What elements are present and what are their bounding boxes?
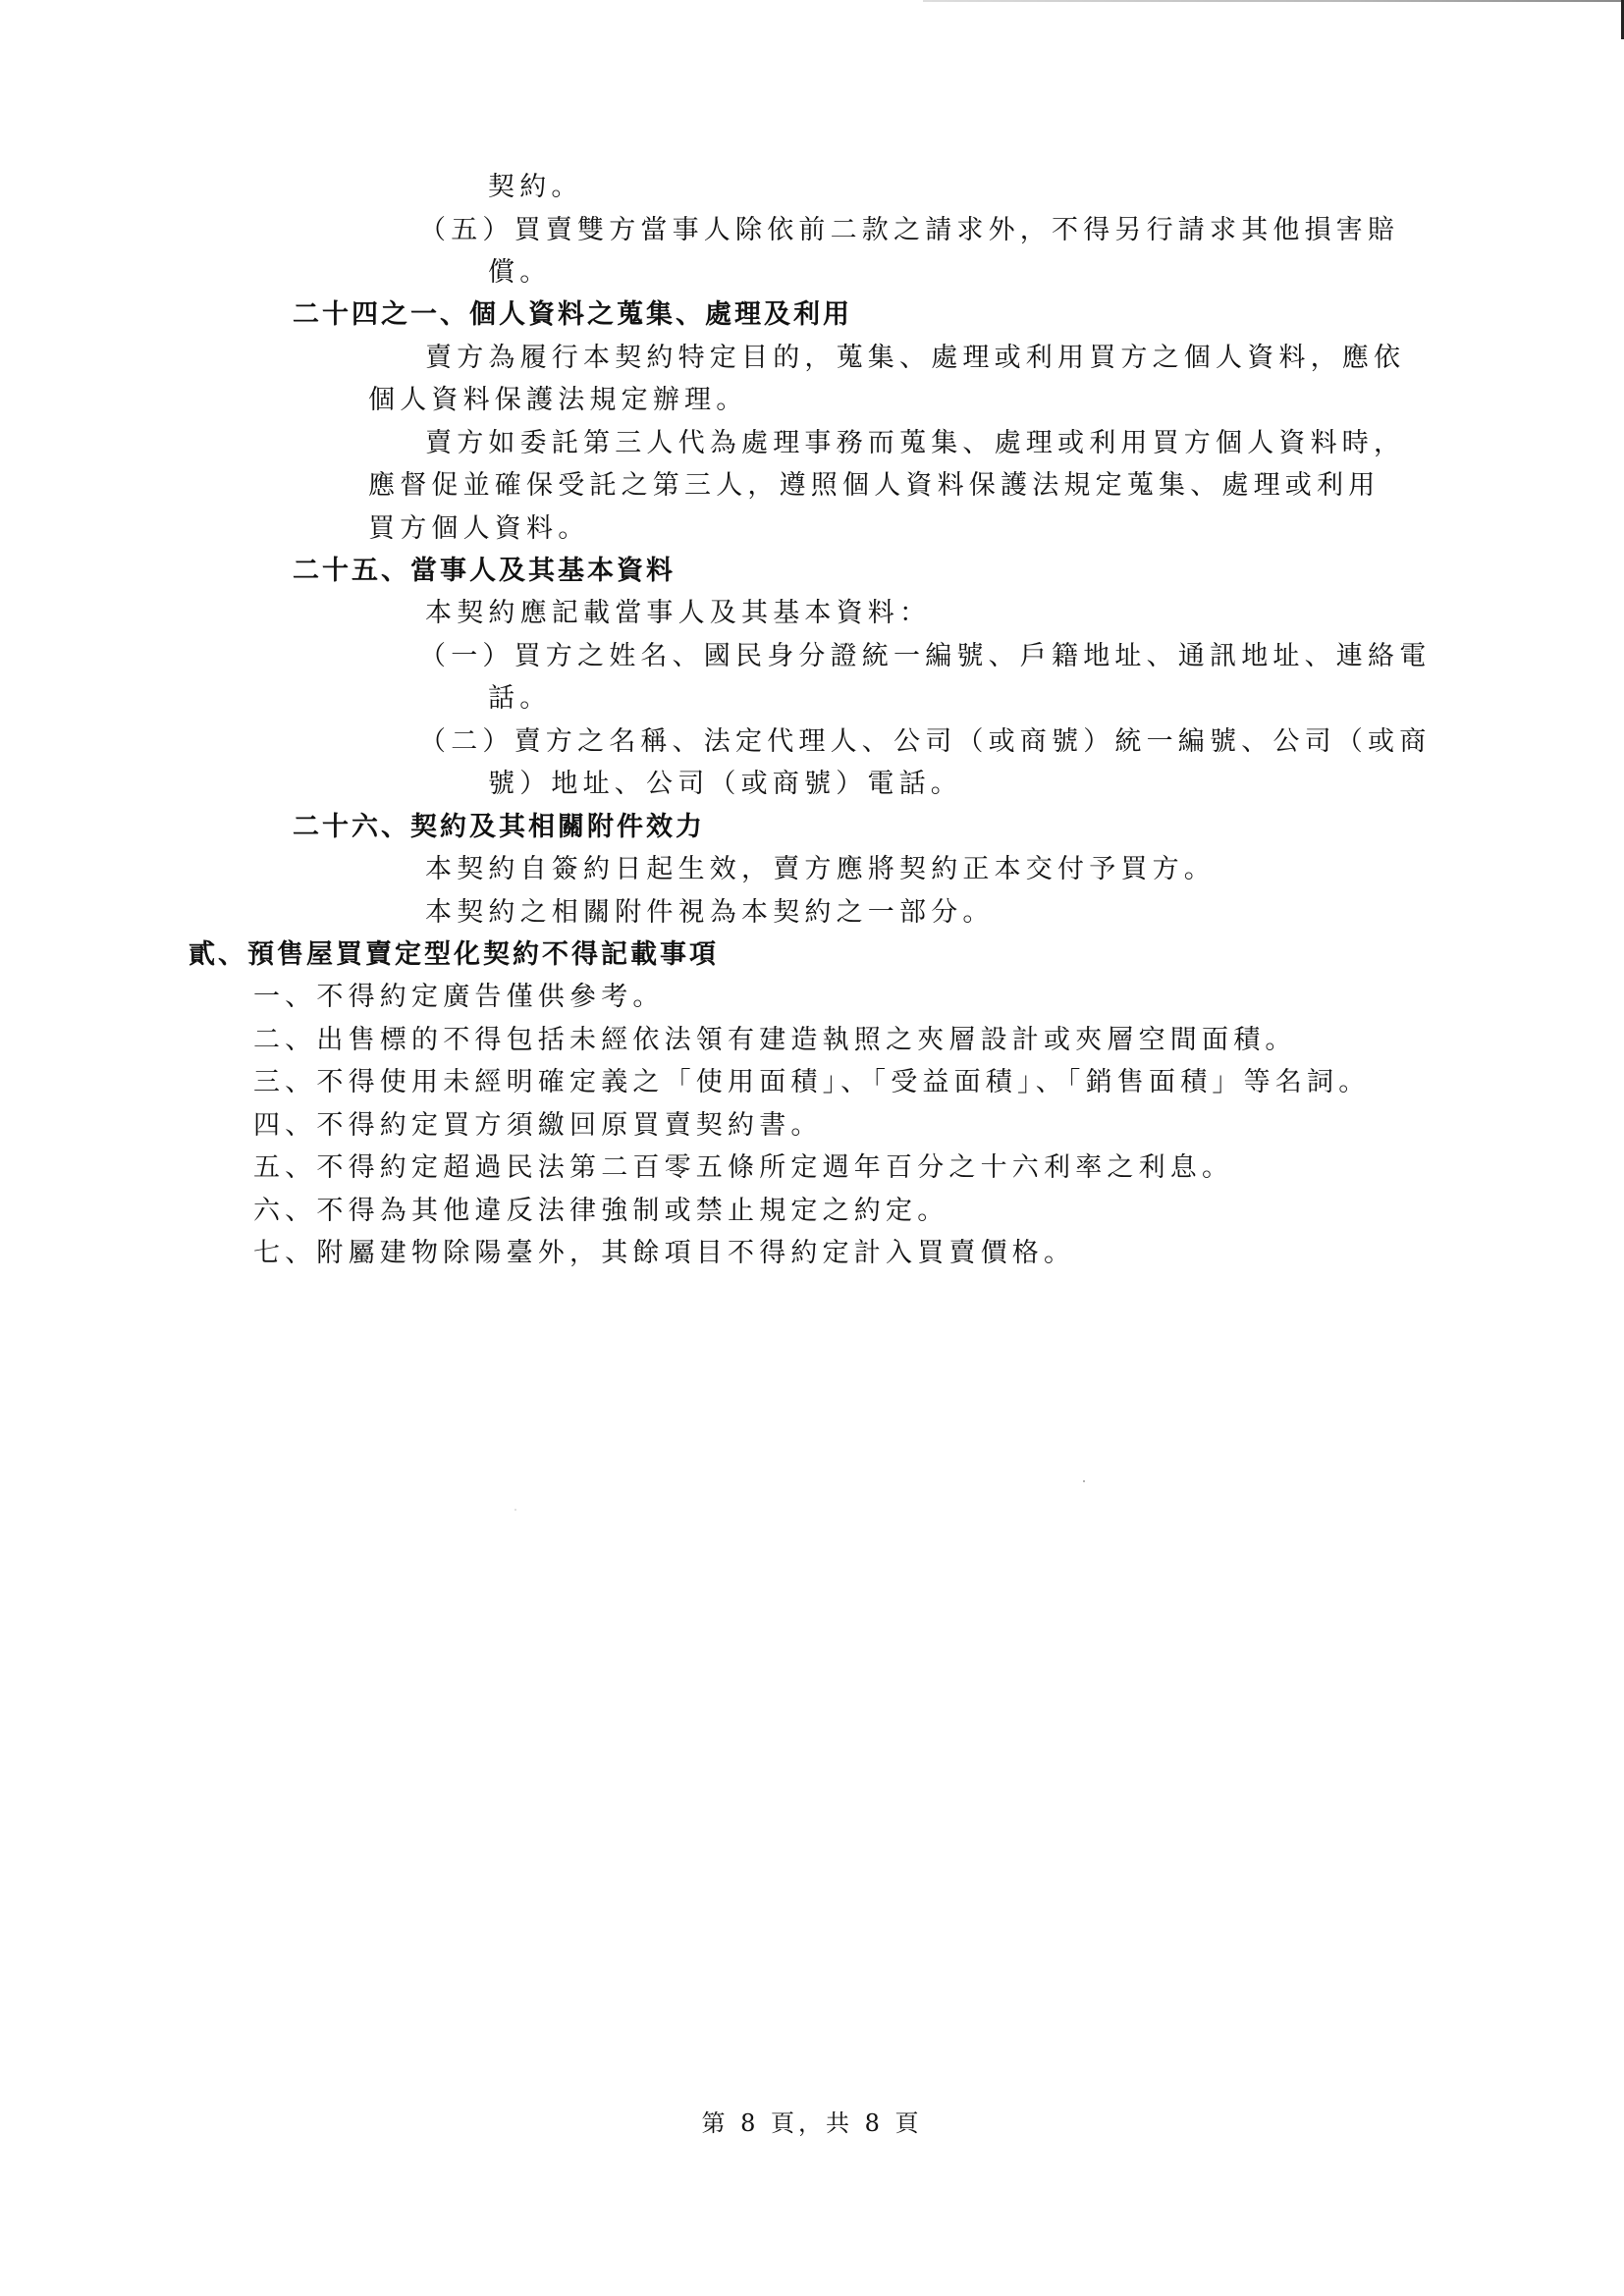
clause-item-5: （五）買賣雙方當事人除依前二款之請求外，不得另行請求其他損害賠	[419, 214, 1399, 247]
clause-25-item-2-cont: 號）地址、公司（或商號）電話。	[488, 768, 962, 801]
clause-25-item-2: （二）賣方之名稱、法定代理人、公司（或商號）統一編號、公司（或商	[419, 725, 1431, 759]
paragraph-24-1-a-cont: 個人資料保護法規定辦理。	[368, 384, 747, 417]
paragraph-24-1-a: 賣方為履行本契約特定目的，蒐集、處理或利用買方之個人資料，應依	[425, 342, 1405, 375]
section-heading-24-1: 二十四之一、個人資料之蒐集、處理及利用	[293, 298, 852, 332]
clause-item-5-cont: 償。	[488, 256, 551, 290]
paragraph-24-1-b: 賣方如委託第三人代為處理事務而蒐集、處理或利用買方個人資料時，	[425, 427, 1405, 460]
section-heading-25: 二十五、當事人及其基本資料	[293, 555, 676, 588]
section-heading-26: 二十六、契約及其相關附件效力	[293, 811, 705, 844]
page-number-footer: 第 8 頁，共 8 頁	[0, 2104, 1624, 2138]
paragraph-24-1-b-cont2: 買方個人資料。	[368, 512, 589, 546]
prohibited-item-1: 一、不得約定廣告僅供參考。	[253, 981, 665, 1014]
clause-25-item-1: （一）買方之姓名、國民身分證統一編號、戶籍地址、通訊地址、連絡電	[419, 640, 1431, 673]
paragraph-26-b: 本契約之相關附件視為本契約之一部分。	[425, 896, 995, 930]
prohibited-item-6: 六、不得為其他違反法律強制或禁止規定之約定。	[253, 1195, 948, 1228]
part-heading-2: 貳、預售屋買賣定型化契約不得記載事項	[189, 938, 719, 972]
prohibited-item-4: 四、不得約定買方須繳回原買賣契約書。	[253, 1109, 823, 1143]
paragraph-26-a: 本契約自簽約日起生效，賣方應將契約正本交付予買方。	[425, 853, 1216, 886]
prohibited-item-5: 五、不得約定超過民法第二百零五條所定週年百分之十六利率之利息。	[253, 1151, 1233, 1185]
paragraph-25-intro: 本契約應記載當事人及其基本資料：	[425, 597, 931, 630]
prohibited-item-3: 三、不得使用未經明確定義之「使用面積」、「受益面積」、「銷售面積」等名詞。	[253, 1066, 1370, 1099]
paragraph-24-1-b-cont: 應督促並確保受託之第三人，遵照個人資料保護法規定蒐集、處理或利用	[368, 469, 1380, 503]
scan-speck	[1083, 1480, 1085, 1482]
continuation-text: 契約。	[488, 171, 583, 204]
prohibited-item-2: 二、出售標的不得包括未經依法領有建造執照之夾層設計或夾層空間面積。	[253, 1024, 1297, 1057]
clause-25-item-1-cont: 話。	[488, 682, 551, 716]
scan-edge-top	[923, 0, 1624, 2]
prohibited-item-7: 七、附屬建物除陽臺外，其餘項目不得約定計入買賣價格。	[253, 1237, 1075, 1270]
scan-speck	[514, 1509, 516, 1511]
